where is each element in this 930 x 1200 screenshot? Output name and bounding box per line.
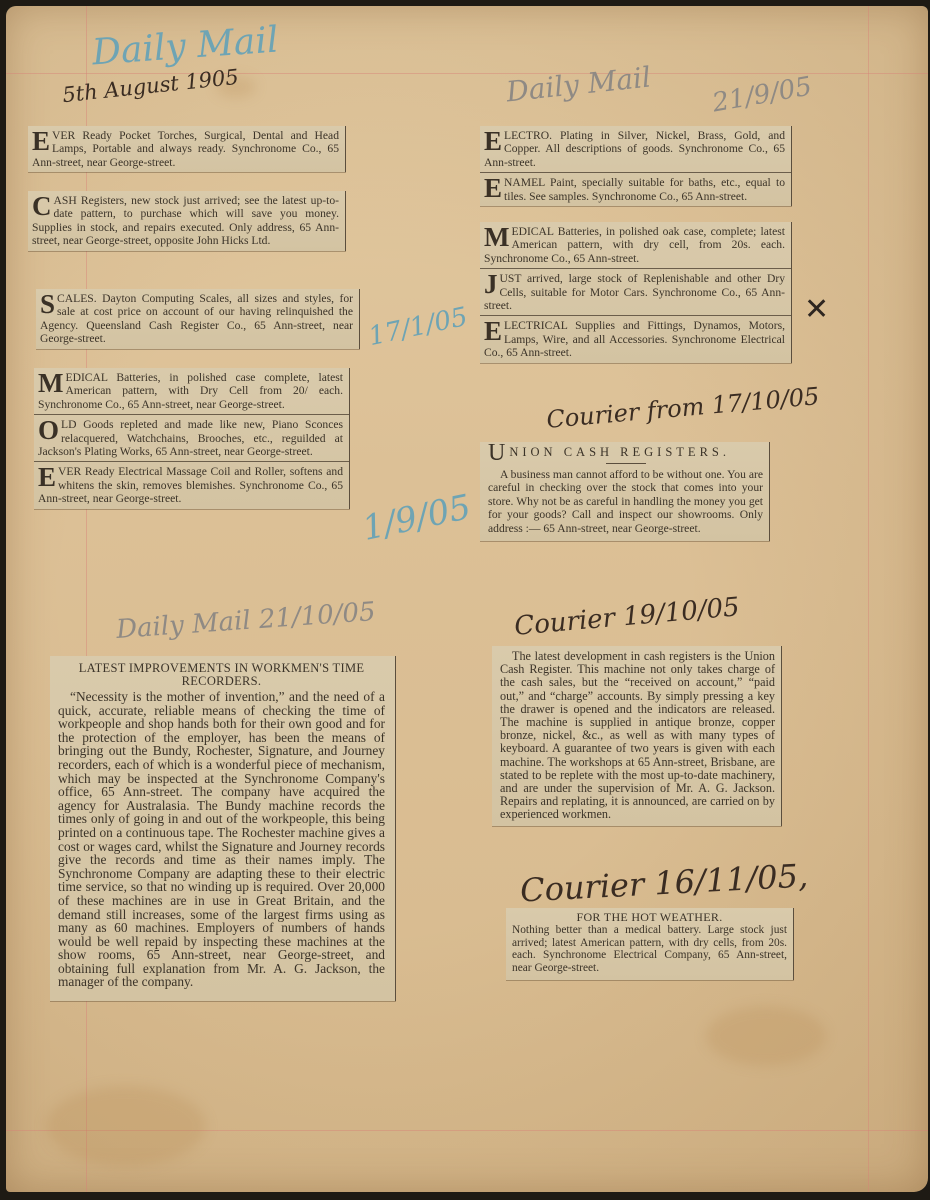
- ad-entry: E LECTRO. Plating in Silver, Nickel, Bra…: [480, 126, 791, 173]
- ad-entry: O LD Goods repleted and made like new, P…: [34, 415, 349, 462]
- handwritten-source-courier: Courier 16/11/05,: [519, 856, 809, 909]
- ad-entry: E VER Ready Electrical Massage Coil and …: [34, 462, 349, 508]
- ad-text: LECTRO. Plating in Silver, Nickel, Brass…: [484, 129, 785, 169]
- drop-cap: C: [32, 195, 52, 217]
- drop-cap: O: [38, 419, 59, 441]
- drop-cap: M: [38, 372, 63, 394]
- drop-cap: M: [484, 226, 509, 248]
- ad-entry: M EDICAL Batteries, in polished case com…: [34, 368, 349, 415]
- ad-entry: E VER Ready Pocket Torches, Surgical, De…: [28, 126, 345, 172]
- clipping-ad-cash-registers: C ASH Registers, new stock just arrived;…: [28, 191, 346, 251]
- drop-cap: S: [40, 293, 55, 315]
- ad-text: EDICAL Batteries, in polished oak case, …: [484, 225, 785, 265]
- ad-entry: E NAMEL Paint, specially suitable for ba…: [480, 173, 791, 206]
- stain: [46, 1086, 206, 1166]
- x-mark-icon: ✕: [804, 292, 829, 327]
- ad-title: FOR THE HOT WEATHER.: [512, 911, 787, 924]
- clipping-heading: UNION CASH REGISTERS.: [488, 446, 763, 460]
- ad-text: UST arrived, large stock of Replenishabl…: [484, 272, 785, 312]
- stain: [706, 1006, 826, 1066]
- drop-cap: E: [38, 466, 56, 488]
- drop-cap: E: [32, 130, 50, 152]
- article-body: “Necessity is the mother of invention,” …: [58, 690, 385, 989]
- handwritten-date: 5th August 1905: [61, 65, 240, 107]
- clipping-ad-ever-ready-torches: E VER Ready Pocket Torches, Surgical, De…: [28, 126, 346, 172]
- drop-cap: E: [484, 130, 502, 152]
- ad-text: CALES. Dayton Computing Scales, all size…: [40, 292, 353, 345]
- drop-cap: U: [488, 440, 509, 466]
- handwritten-source-daily-mail: Daily Mail 21/10/05: [115, 597, 376, 645]
- ad-entry: S CALES. Dayton Computing Scales, all si…: [36, 289, 359, 349]
- ad-entry: C ASH Registers, new stock just arrived;…: [28, 191, 345, 251]
- ad-entry: E LECTRICAL Supplies and Fittings, Dynam…: [480, 316, 791, 362]
- heading-text: NION CASH REGISTERS.: [509, 445, 730, 459]
- article-title: LATEST IMPROVEMENTS IN WORKMEN'S TIME RE…: [58, 662, 385, 688]
- ad-entry: M EDICAL Batteries, in polished oak case…: [480, 222, 791, 269]
- margin-rule-left: [86, 6, 87, 1192]
- ad-text: EDICAL Batteries, in polished case compl…: [38, 371, 343, 411]
- drop-cap: J: [484, 273, 498, 295]
- drop-cap: E: [484, 320, 502, 342]
- divider: [606, 463, 646, 464]
- handwritten-source-courier: Courier from 17/10/05: [545, 382, 820, 434]
- clipping-time-recorders-article: LATEST IMPROVEMENTS IN WORKMEN'S TIME RE…: [50, 656, 396, 1001]
- ad-text: LD Goods repleted and made like new, Pia…: [38, 418, 343, 458]
- scrapbook-page: Daily Mail 5th August 1905 Daily Mail 21…: [6, 6, 928, 1192]
- article-body: The latest development in cash registers…: [500, 650, 775, 822]
- ad-text: LECTRICAL Supplies and Fittings, Dynamos…: [484, 319, 785, 359]
- clipping-ad-group-medical-dry-cells-electrical: M EDICAL Batteries, in polished oak case…: [480, 222, 792, 363]
- clipping-hot-weather-ad: FOR THE HOT WEATHER. Nothing better than…: [506, 908, 794, 980]
- ad-body: Nothing better than a medical battery. L…: [512, 924, 787, 974]
- handwritten-date: 17/1/05: [366, 302, 470, 352]
- handwritten-date: 1/9/05: [359, 487, 474, 549]
- handwritten-date: 21/9/05: [710, 72, 814, 119]
- drop-cap: E: [484, 177, 502, 199]
- handwritten-source-daily-mail: Daily Mail: [91, 20, 280, 74]
- margin-rule-right: [868, 6, 869, 1192]
- ad-text: NAMEL Paint, specially suitable for bath…: [504, 176, 785, 202]
- handwritten-source-daily-mail: Daily Mail: [505, 61, 653, 109]
- clipping-union-cash-registers: UNION CASH REGISTERS. A business man can…: [480, 442, 770, 541]
- clipping-ad-group-electro-enamel: E LECTRO. Plating in Silver, Nickel, Bra…: [480, 126, 792, 206]
- handwritten-source-courier: Courier 19/10/05: [513, 592, 741, 642]
- ad-text: VER Ready Electrical Massage Coil and Ro…: [38, 465, 343, 505]
- clipping-ad-scales: S CALES. Dayton Computing Scales, all si…: [36, 289, 360, 349]
- clipping-ad-group-medical-old-goods-massage: M EDICAL Batteries, in polished case com…: [34, 368, 350, 509]
- ad-entry: J UST arrived, large stock of Replenisha…: [480, 269, 791, 316]
- clipping-body: A business man cannot afford to be witho…: [488, 468, 763, 535]
- ad-text: ASH Registers, new stock just arrived; s…: [32, 194, 339, 247]
- ad-text: VER Ready Pocket Torches, Surgical, Dent…: [32, 129, 339, 169]
- clipping-union-cash-register-article: The latest development in cash registers…: [492, 646, 782, 826]
